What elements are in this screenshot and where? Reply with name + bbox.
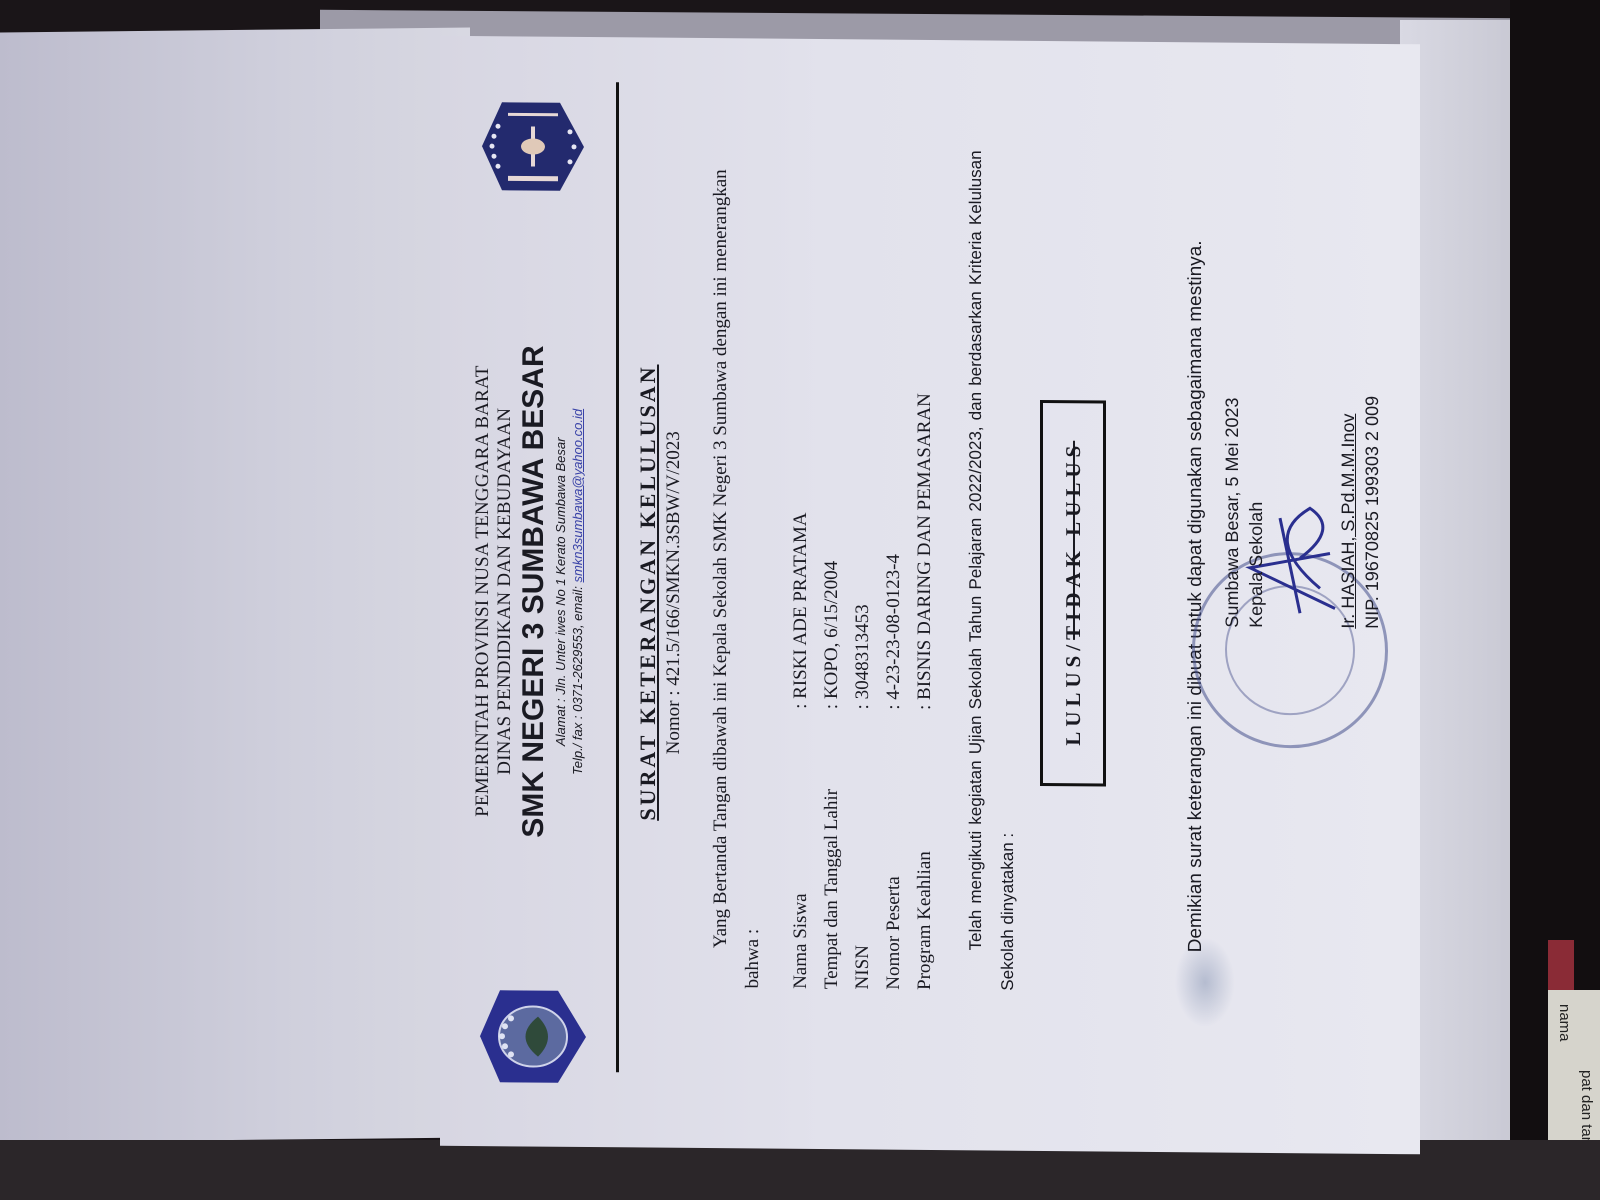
- letterhead-text: PEMERINTAH PROVINSI NUSA TENGGARA BARAT …: [472, 221, 586, 962]
- school-email-link[interactable]: smkn3sumbawa@yahoo.co.id: [570, 409, 585, 583]
- letter-number: Nomor : 421.5/166/SMKN.3SBW/V/2023: [663, 43, 685, 1143]
- result-failed-struck: TIDAK LULUS: [1061, 441, 1086, 640]
- field-row-exam-number: Nomor Peserta : 4-23-23-08-0123-4: [878, 170, 909, 990]
- field-row-name: Nama Siswa : RISKI ADE PRATAMA: [785, 169, 816, 989]
- signer-name: Ir. HASIAH, S.Pd.M.M.Inov: [1336, 229, 1360, 629]
- place-date: Sumbawa Besar, 5 Mei 2023: [1220, 228, 1244, 628]
- field-label: Tempat dan Tanggal Lahir: [821, 709, 843, 989]
- letter-title: SURAT KETERANGAN KELULUSAN: [635, 42, 661, 1142]
- body-paragraph: Telah mengikuti kegiatan Ujian Sekolah T…: [960, 150, 1024, 991]
- label-text-nama: nama: [1556, 1004, 1573, 1042]
- result-passed: LULUS/: [1061, 640, 1086, 746]
- field-value: : 3048313453: [852, 169, 874, 709]
- graduation-letter-sheet: PEMERINTAH PROVINSI NUSA TENGGARA BARAT …: [440, 36, 1420, 1155]
- school-address: Alamat : Jln. Unter iwes No 1 Kerato Sum…: [552, 222, 569, 962]
- signer-nip: NIP. 19670825 199303 2 009: [1360, 229, 1384, 629]
- letter-content: PEMERINTAH PROVINSI NUSA TENGGARA BARAT …: [450, 41, 1410, 1149]
- field-label: Program Keahlian: [914, 710, 936, 990]
- field-label: NISN: [852, 709, 874, 989]
- field-value: : 4-23-23-08-0123-4: [883, 170, 905, 710]
- regency-emblem-icon: [478, 96, 588, 197]
- province-emblem-icon: [478, 986, 588, 1087]
- field-value: : BISNIS DARING DAN PEMASARAN: [914, 170, 936, 710]
- field-row-program: Program Keahlian : BISNIS DARING DAN PEM…: [909, 170, 940, 990]
- contact-phone: Telp./ fax : 0371-2629553, email:: [570, 582, 585, 775]
- field-label: Nomor Peserta: [883, 710, 905, 990]
- closing-sentence: Demikian surat keterangan ini dibuat unt…: [1185, 92, 1207, 952]
- signature-block: Sumbawa Besar, 5 Mei 2023 Kepala Sekolah…: [1220, 228, 1384, 629]
- field-value: : KOPO, 6/15/2004: [821, 169, 843, 709]
- background-paper-left: [0, 28, 470, 1143]
- student-details: Nama Siswa : RISKI ADE PRATAMA Tempat da…: [785, 169, 940, 990]
- field-row-birth: Tempat dan Tanggal Lahir : KOPO, 6/15/20…: [816, 169, 847, 989]
- signer-position: Kepala Sekolah: [1244, 228, 1268, 628]
- field-label: Nama Siswa: [790, 709, 812, 989]
- field-row-nisn: NISN : 3048313453: [847, 169, 878, 989]
- field-value: : RISKI ADE PRATAMA: [790, 169, 812, 709]
- school-name: SMK NEGERI 3 SUMBAWA BESAR: [516, 221, 552, 961]
- government-line: PEMERINTAH PROVINSI NUSA TENGGARA BARAT: [472, 221, 494, 961]
- school-contact: Telp./ fax : 0371-2629553, email: smkn3s…: [569, 222, 586, 962]
- red-tab: [1548, 940, 1574, 990]
- intro-paragraph: Yang Bertanda Tangan dibawah ini Kepala …: [705, 168, 769, 989]
- result-box: LULUS/TIDAK LULUS: [1040, 400, 1106, 787]
- department-line: DINAS PENDIDIKAN DAN KEBUDAYAAN: [494, 221, 516, 961]
- letterhead-divider: [616, 82, 619, 1072]
- letterhead: PEMERINTAH PROVINSI NUSA TENGGARA BARAT …: [470, 91, 630, 1102]
